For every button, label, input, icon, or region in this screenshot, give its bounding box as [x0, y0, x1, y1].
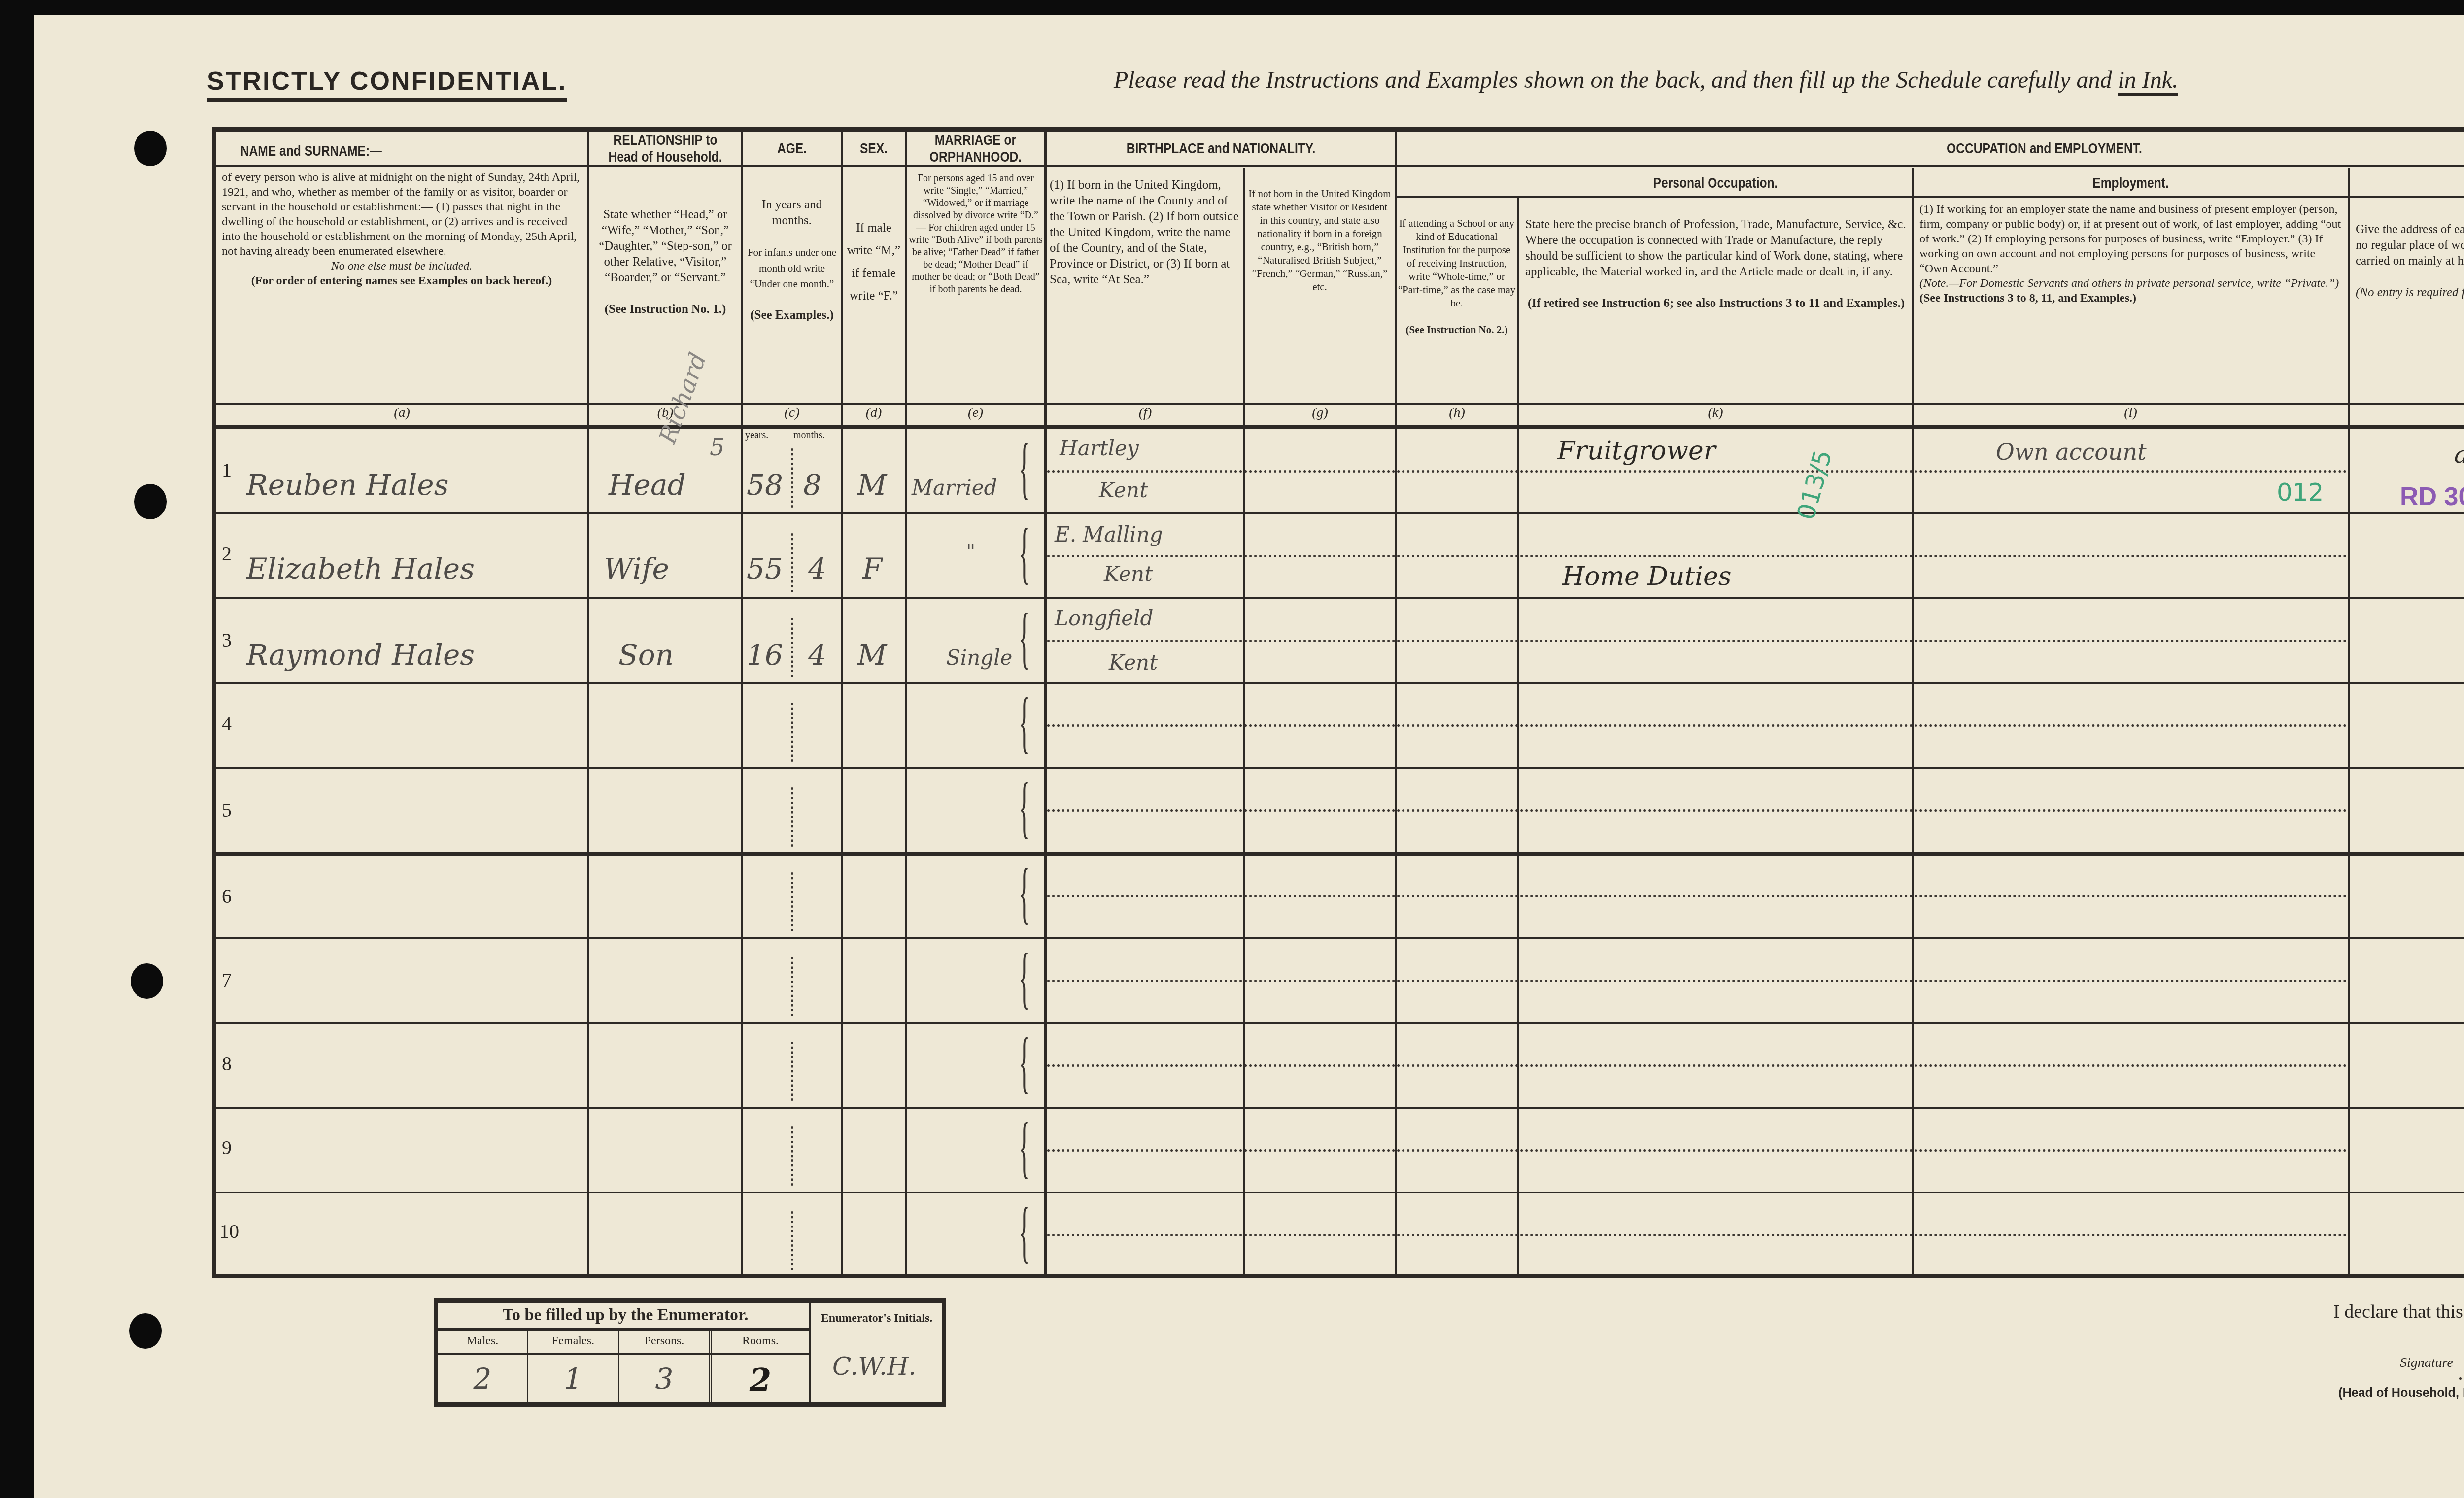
- col-c-title: AGE.: [752, 140, 832, 157]
- row3-name[interactable]: Raymond Hales: [246, 638, 475, 672]
- row-number-6: 6: [222, 885, 232, 908]
- col-f-body-text: (1) If born in the United Kingdom, write…: [1050, 178, 1239, 286]
- col-c-body-text: In years and months.: [762, 198, 822, 227]
- fill-instructions-text: Please read the Instructions and Example…: [1114, 67, 2118, 93]
- col-a-letter: (a): [216, 405, 587, 421]
- col-border-d-e: [905, 132, 907, 1275]
- col-c-letter: (c): [743, 405, 841, 421]
- col-l-body-text: (1) If working for an employer state the…: [1919, 203, 2341, 275]
- row2-occupation[interactable]: Home Duties: [1562, 562, 1731, 591]
- signature-note: (Head of Household, Manager of Establish…: [2338, 1385, 2464, 1400]
- punch-hole-3: [131, 963, 163, 999]
- col-border-g-h: [1395, 132, 1397, 1275]
- col-d-letter: (d): [843, 405, 905, 421]
- row1-marriage[interactable]: Married: [912, 476, 997, 500]
- half-rule-7: [1047, 980, 2347, 982]
- col-e-body-text: For persons aged 15 and over write “Sing…: [909, 173, 1043, 295]
- enum-females-value[interactable]: 1: [528, 1362, 618, 1396]
- col-border-a-b: [587, 132, 589, 1275]
- row-number-3: 3: [222, 628, 232, 651]
- brace-8: {: [1019, 1028, 1030, 1097]
- age-sep-2: [791, 533, 793, 592]
- mid-table-rule: [216, 852, 2464, 856]
- row-number-4: 4: [222, 712, 232, 735]
- row2-name[interactable]: Elizabeth Hales: [246, 552, 475, 585]
- age-sep-3: [791, 618, 793, 677]
- age-years-subheader: years.: [745, 430, 768, 441]
- row-number-10: 10: [219, 1220, 239, 1243]
- col-g-body-text: If not born in the United Kingdom state …: [1248, 188, 1391, 293]
- title-row-rule-right: [1044, 165, 2464, 167]
- brace-6: {: [1019, 858, 1030, 927]
- row1-birthplace-town[interactable]: Hartley: [1060, 436, 1139, 460]
- row1-sex[interactable]: M: [857, 468, 887, 502]
- brace-2: {: [1019, 518, 1030, 587]
- col-m-title: Place of Work.: [2381, 175, 2464, 192]
- enum-col-rule: [438, 1353, 809, 1355]
- col-h-body-text: If attending a School or any kind of Edu…: [1398, 217, 1515, 309]
- age-sep-7: [791, 957, 793, 1016]
- half-rule-9: [1047, 1149, 2347, 1152]
- row2-birthplace-town[interactable]: E. Malling: [1055, 522, 1163, 546]
- row3-age-months[interactable]: 4: [808, 638, 826, 672]
- half-rule-4: [1047, 724, 2347, 727]
- half-rule-3: [1047, 640, 2347, 642]
- half-rule-5: [1047, 809, 2347, 812]
- col-e-body: For persons aged 15 and over write “Sing…: [909, 172, 1043, 296]
- age-sep-1: [791, 448, 793, 508]
- row2-age-months[interactable]: 4: [808, 552, 826, 585]
- col-l-letter: (l): [1914, 405, 2348, 421]
- brace-5: {: [1019, 773, 1030, 842]
- col-k-letter: (k): [1519, 405, 1912, 421]
- row1-age-months[interactable]: 8: [803, 468, 821, 502]
- col-a-note: No one else must be included.: [222, 259, 582, 273]
- col-l-note: (Note.—For Domestic Servants and others …: [1919, 277, 2339, 290]
- confidential-title: STRICTLY CONFIDENTIAL.: [207, 67, 567, 102]
- enum-initials-divider: [809, 1303, 811, 1402]
- punch-hole-4: [129, 1313, 162, 1349]
- age-months-subheader: months.: [793, 430, 825, 441]
- col-f-letter: (f): [1047, 405, 1243, 421]
- row-rule-2: [216, 597, 2464, 599]
- col-l-title: Employment.: [1952, 175, 2308, 192]
- row2-birthplace-county[interactable]: Kent: [1104, 562, 1153, 586]
- age-sep-10: [791, 1211, 793, 1270]
- row-number-2: 2: [222, 542, 232, 565]
- row1-employment-code: 012: [2277, 478, 2324, 507]
- half-rule-2: [1047, 555, 2347, 557]
- punch-hole-1: [134, 131, 167, 166]
- half-rule-6: [1047, 895, 2347, 897]
- signature-label: Signature: [2400, 1355, 2453, 1371]
- col-a-title: NAME and SURNAME:—: [240, 143, 410, 160]
- row2-sex[interactable]: F: [862, 552, 882, 585]
- col-a-body-text: of every person who is alive at midnight…: [222, 171, 580, 258]
- col-m-body: Give the address of each person's place …: [2356, 222, 2464, 301]
- half-rule-8: [1047, 1064, 2347, 1067]
- birthplace-title: BIRTHPLACE and NATIONALITY.: [1078, 140, 1363, 157]
- col-c-footer: (See Examples.): [750, 308, 833, 322]
- col-f-body: (1) If born in the United Kingdom, write…: [1050, 177, 1242, 288]
- fill-instructions: Please read the Instructions and Example…: [1114, 67, 2178, 94]
- col-m-note: (No entry is required for any person who…: [2356, 286, 2464, 299]
- enum-title-rule: [438, 1328, 809, 1331]
- row-rule-7: [216, 1022, 2464, 1024]
- row-rule-1: [216, 512, 2464, 514]
- col-h-footer: (See Instruction No. 2.): [1405, 324, 1507, 336]
- col-b-footer: (See Instruction No. 1.): [605, 303, 726, 316]
- age-sep-9: [791, 1126, 793, 1186]
- enum-persons-label: Persons.: [619, 1334, 709, 1348]
- occupation-sub-rule: [1395, 196, 2464, 198]
- brace-1: {: [1019, 434, 1030, 503]
- col-c-note: For infants under one month old write “U…: [748, 246, 836, 290]
- signature-line: [2459, 1377, 2464, 1380]
- row-number-1: 1: [222, 458, 232, 481]
- enum-males-label: Males.: [438, 1334, 527, 1348]
- col-d-body-text: If male write “M,” if female write “F.”: [847, 221, 900, 303]
- row-rule-4: [216, 767, 2464, 769]
- enum-summary-title: To be filled up by the Enumerator.: [443, 1306, 808, 1325]
- row-number-7: 7: [222, 968, 232, 991]
- enum-rooms-value[interactable]: 2: [712, 1362, 809, 1399]
- row-number-8: 8: [222, 1052, 232, 1075]
- row1-birthplace-county[interactable]: Kent: [1099, 478, 1148, 502]
- col-border-h-k: [1517, 197, 1519, 1275]
- brace-10: {: [1019, 1197, 1030, 1266]
- enum-initials-label: Enumerator's Initials.: [813, 1312, 941, 1325]
- enum-males-value[interactable]: 2: [438, 1362, 527, 1396]
- enum-initials-value[interactable]: C.W.H.: [832, 1352, 916, 1381]
- row-number-5: 5: [222, 798, 232, 821]
- enumerator-summary-box: To be filled up by the Enumerator. Enume…: [434, 1298, 946, 1407]
- col-l-body: (1) If working for an employer state the…: [1919, 202, 2343, 306]
- enum-females-label: Females.: [528, 1334, 618, 1348]
- col-h-body: If attending a School or any kind of Edu…: [1398, 217, 1516, 337]
- col-border-b-c: [741, 132, 743, 1275]
- row3-age-years[interactable]: 16: [747, 638, 783, 672]
- col-a-footer: (For order of entering names see Example…: [222, 273, 582, 288]
- row1-occupation[interactable]: Fruitgrower: [1557, 436, 1716, 466]
- age-sep-4: [791, 703, 793, 762]
- row1-name[interactable]: Reuben Hales: [246, 468, 448, 502]
- enum-persons-value[interactable]: 3: [619, 1362, 709, 1396]
- row-number-9: 9: [222, 1136, 232, 1159]
- brace-4: {: [1019, 688, 1030, 757]
- col-k-footer: (If retired see Instruction 6; see also …: [1525, 296, 1907, 311]
- data-start-rule: [216, 425, 2464, 429]
- row-rule-3: [216, 682, 2464, 684]
- col-k-title: Personal Occupation.: [1555, 175, 1877, 192]
- age-sep-8: [791, 1042, 793, 1101]
- occupation-title: OCCUPATION and EMPLOYMENT.: [1513, 140, 2464, 157]
- col-g-body: If not born in the United Kingdom state …: [1247, 187, 1393, 294]
- age-sep-6: [791, 872, 793, 931]
- col-l-footer: (See Instructions 3 to 8, 11, and Exampl…: [1919, 292, 2136, 305]
- col-e-letter: (e): [907, 405, 1044, 421]
- col-b-body-text: State whether “Head,” or “Wife,” “Mother…: [599, 208, 732, 284]
- col-k-body: State here the precise branch of Profess…: [1525, 217, 1907, 311]
- row1-place-stamp: RD 3070. CP 06: [2400, 482, 2464, 511]
- half-rule-1: [1047, 470, 2347, 473]
- half-rule-10: [1047, 1234, 2347, 1236]
- col-g-letter: (g): [1245, 405, 1395, 421]
- row3-relationship[interactable]: Son: [618, 638, 674, 672]
- col-k-body-text: State here the precise branch of Profess…: [1525, 218, 1906, 278]
- enum-rooms-label: Rooms.: [712, 1334, 809, 1348]
- row3-birthplace-county[interactable]: Kent: [1109, 650, 1158, 675]
- col-a-body: of every person who is alive at midnight…: [222, 170, 582, 288]
- col-d-body: If male write “M,” if female write “F.”: [845, 217, 903, 307]
- brace-7: {: [1019, 943, 1030, 1012]
- col-e-title: MARRIAGE or ORPHANHOOD.: [919, 132, 1032, 166]
- row3-birthplace-town[interactable]: Longfield: [1055, 606, 1153, 630]
- row-rule-9: [216, 1192, 2464, 1193]
- col-m-body-text: Give the address of each person's place …: [2356, 223, 2464, 268]
- col-b-body: State whether “Head,” or “Wife,” “Mother…: [591, 207, 739, 317]
- margin-note-number: 5: [710, 434, 725, 461]
- declaration-text: I declare that this Schedule is correctl…: [2333, 1301, 2464, 1323]
- col-d-title: SEX.: [848, 140, 899, 157]
- col-m-letter: (m): [2350, 405, 2464, 421]
- row-rule-8: [216, 1107, 2464, 1109]
- col-border-c-d: [841, 132, 843, 1275]
- row-rule-6: [216, 937, 2464, 939]
- col-border-e-f: [1044, 132, 1047, 1275]
- row2-relationship[interactable]: Wife: [604, 552, 669, 585]
- col-c-body: In years and months. For infants under o…: [745, 197, 839, 323]
- row1-age-years[interactable]: 58: [747, 468, 783, 502]
- col-h-letter: (h): [1397, 405, 1517, 421]
- brace-3: {: [1019, 603, 1030, 672]
- row3-marriage[interactable]: Single: [946, 646, 1012, 670]
- row2-age-years[interactable]: 55: [747, 552, 783, 585]
- age-sep-5: [791, 787, 793, 847]
- row1-employment[interactable]: Own account: [1996, 439, 2147, 465]
- in-ink-emphasis: in Ink.: [2118, 67, 2178, 96]
- punch-hole-2: [134, 484, 167, 519]
- brace-9: {: [1019, 1113, 1030, 1182]
- row2-marriage[interactable]: ": [966, 540, 975, 564]
- row3-sex[interactable]: M: [857, 638, 887, 672]
- row1-relationship[interactable]: Head: [609, 468, 686, 502]
- row1-place-of-work[interactable]: at Home: [2454, 441, 2464, 469]
- col-b-title: RELATIONSHIP to Head of Household.: [603, 132, 728, 166]
